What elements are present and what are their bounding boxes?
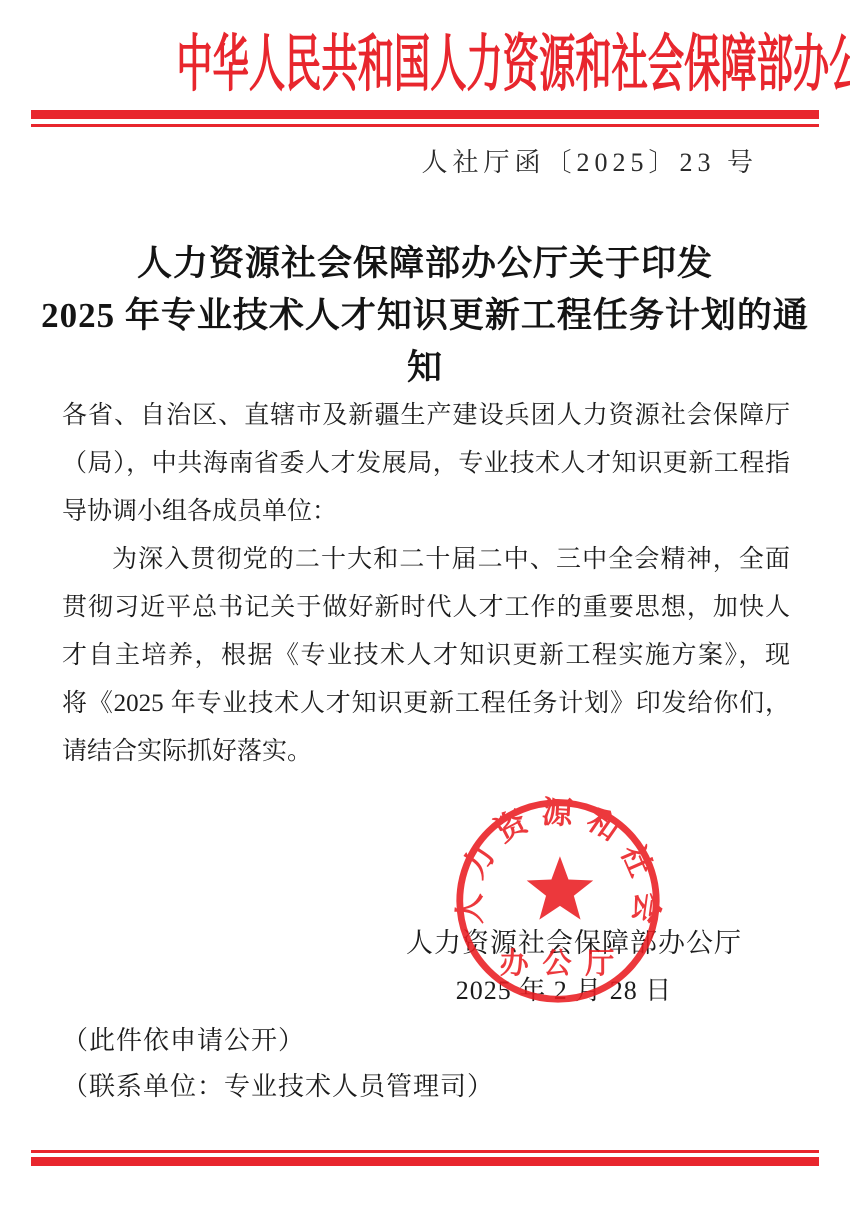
body-paragraph-line: 贯彻习近平总书记关于做好新时代人才工作的重要思想，加快人 — [62, 584, 790, 632]
body-paragraph-line: 为深入贯彻党的二十大和二十届二中、三中全会精神，全面 — [62, 536, 790, 584]
salutation-line: （局），中共海南省委人才发展局，专业技术人才知识更新工程指 — [62, 440, 790, 488]
body-paragraph-line: 将《2025 年专业技术人才知识更新工程任务计划》印发给你们， — [62, 680, 790, 728]
salutation-line: 各省、自治区、直辖市及新疆生产建设兵团人力资源社会保障厅 — [62, 392, 790, 440]
star-icon — [527, 856, 594, 919]
document-number: 人社厅函〔2025〕23 号 — [421, 142, 758, 179]
official-seal-stamp: 人力资源和社会保障部 办公厅 — [451, 794, 665, 1008]
body-paragraph-line: 才自主培养，根据《专业技术人才知识更新工程实施方案》，现 — [62, 632, 790, 680]
document-body: 各省、自治区、直辖市及新疆生产建设兵团人力资源社会保障厅 （局），中共海南省委人… — [62, 392, 790, 776]
letterhead-org-title: 中华人民共和国人力资源和社会保障部办公厅 — [176, 26, 673, 104]
footer-rule-thin — [31, 1150, 819, 1153]
disclosure-note: （此件依申请公开） — [62, 1020, 305, 1057]
contact-unit-note: （联系单位：专业技术人员管理司） — [62, 1066, 494, 1103]
salutation-line: 导协调小组各成员单位： — [62, 488, 790, 536]
header-rule-thin — [31, 124, 819, 127]
document-title: 人力资源社会保障部办公厅关于印发 2025 年专业技术人才知识更新工程任务计划的… — [40, 238, 810, 394]
document-page: 中华人民共和国人力资源和社会保障部办公厅 人社厅函〔2025〕23 号 人力资源… — [0, 0, 850, 1205]
seal-bottom-text: 办公厅 — [500, 947, 628, 980]
document-title-line1: 人力资源社会保障部办公厅关于印发 — [40, 238, 810, 290]
document-title-line2: 2025 年专业技术人才知识更新工程任务计划的通知 — [40, 290, 810, 394]
body-paragraph-line: 请结合实际抓好落实。 — [62, 728, 790, 776]
footer-rule-thick — [31, 1157, 819, 1166]
header-rule-thick — [31, 110, 819, 119]
